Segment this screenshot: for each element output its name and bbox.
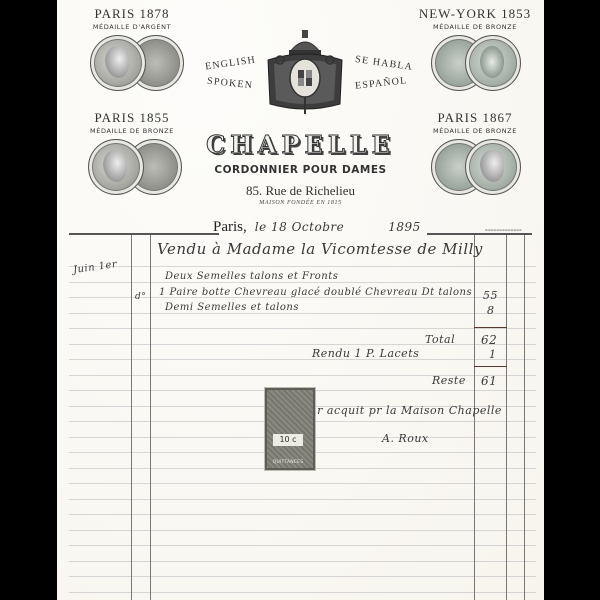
stamp-value: 10 c (273, 434, 303, 446)
line-item-description: Deux Semelles talons et Fronts (165, 271, 338, 282)
margin-date: Juin 1er (72, 259, 117, 276)
handwritten-date: le 18 Octobre (255, 220, 344, 234)
handwritten-year: 1895 (388, 220, 421, 234)
medal-city: NEW-YORK 1853 (415, 6, 535, 22)
line-item-description: 1 Paire botte Chevreau glacé doublé Chev… (159, 287, 472, 298)
coat-of-arms-icon (260, 30, 350, 120)
stamp-label: QUITTANCES (269, 460, 307, 465)
date-line: Paris, le 18 Octobre 1895 (213, 218, 421, 236)
spanish-spoken-line2: ESPAÑOL (355, 75, 408, 91)
medal-coins-icon (415, 35, 535, 95)
line-item-amount: 8 (487, 304, 495, 317)
spanish-spoken-line1: SE HABLA (355, 54, 414, 73)
line-item-description: Demi Semelles et talons (165, 302, 299, 313)
medal-coins-icon (72, 35, 192, 95)
sold-to-line: Vendu à Madame la Vicomtesse de Milly (157, 240, 483, 258)
english-spoken-line2: SPOKEN (207, 76, 254, 92)
medal-city: PARIS 1878 (72, 6, 192, 22)
margin-ditto-mark: d° (135, 292, 146, 302)
balance-label: Reste (432, 374, 466, 387)
printer-imprint: ▬▬▬▬▬▬▬▬▬▬▬▬▬ (485, 228, 522, 232)
founded-line: MAISON FONDÉE EN 1815 (57, 200, 544, 206)
revenue-stamp: 10 c QUITTANCES (265, 388, 315, 470)
medal-award: MÉDAILLE DE BRONZE (415, 23, 535, 31)
city-label: Paris, (213, 219, 247, 235)
total-amount: 62 (481, 333, 497, 347)
english-spoken-line1: ENGLISH (204, 54, 256, 72)
medal-city: PARIS 1867 (415, 110, 535, 126)
line-item-amount: 55 (483, 289, 498, 302)
balance-amount: 61 (481, 374, 497, 388)
invoice-paper: PARIS 1878 MÉDAILLE D'ARGENT PARIS 1855 … (57, 0, 544, 600)
medal-award: MÉDAILLE D'ARGENT (72, 23, 192, 31)
return-amount: 1 (489, 348, 497, 361)
total-label: Total (425, 333, 455, 346)
signature: A. Roux (382, 432, 429, 445)
return-label: Rendu 1 P. Lacets (312, 347, 419, 360)
medal-paris-1878: PARIS 1878 MÉDAILLE D'ARGENT (72, 6, 192, 95)
medal-city: PARIS 1855 (72, 110, 192, 126)
medal-new-york-1853: NEW-YORK 1853 MÉDAILLE DE BRONZE (415, 6, 535, 95)
receipt-note: Pour acquit pr la Maison Chapelle (295, 404, 502, 417)
